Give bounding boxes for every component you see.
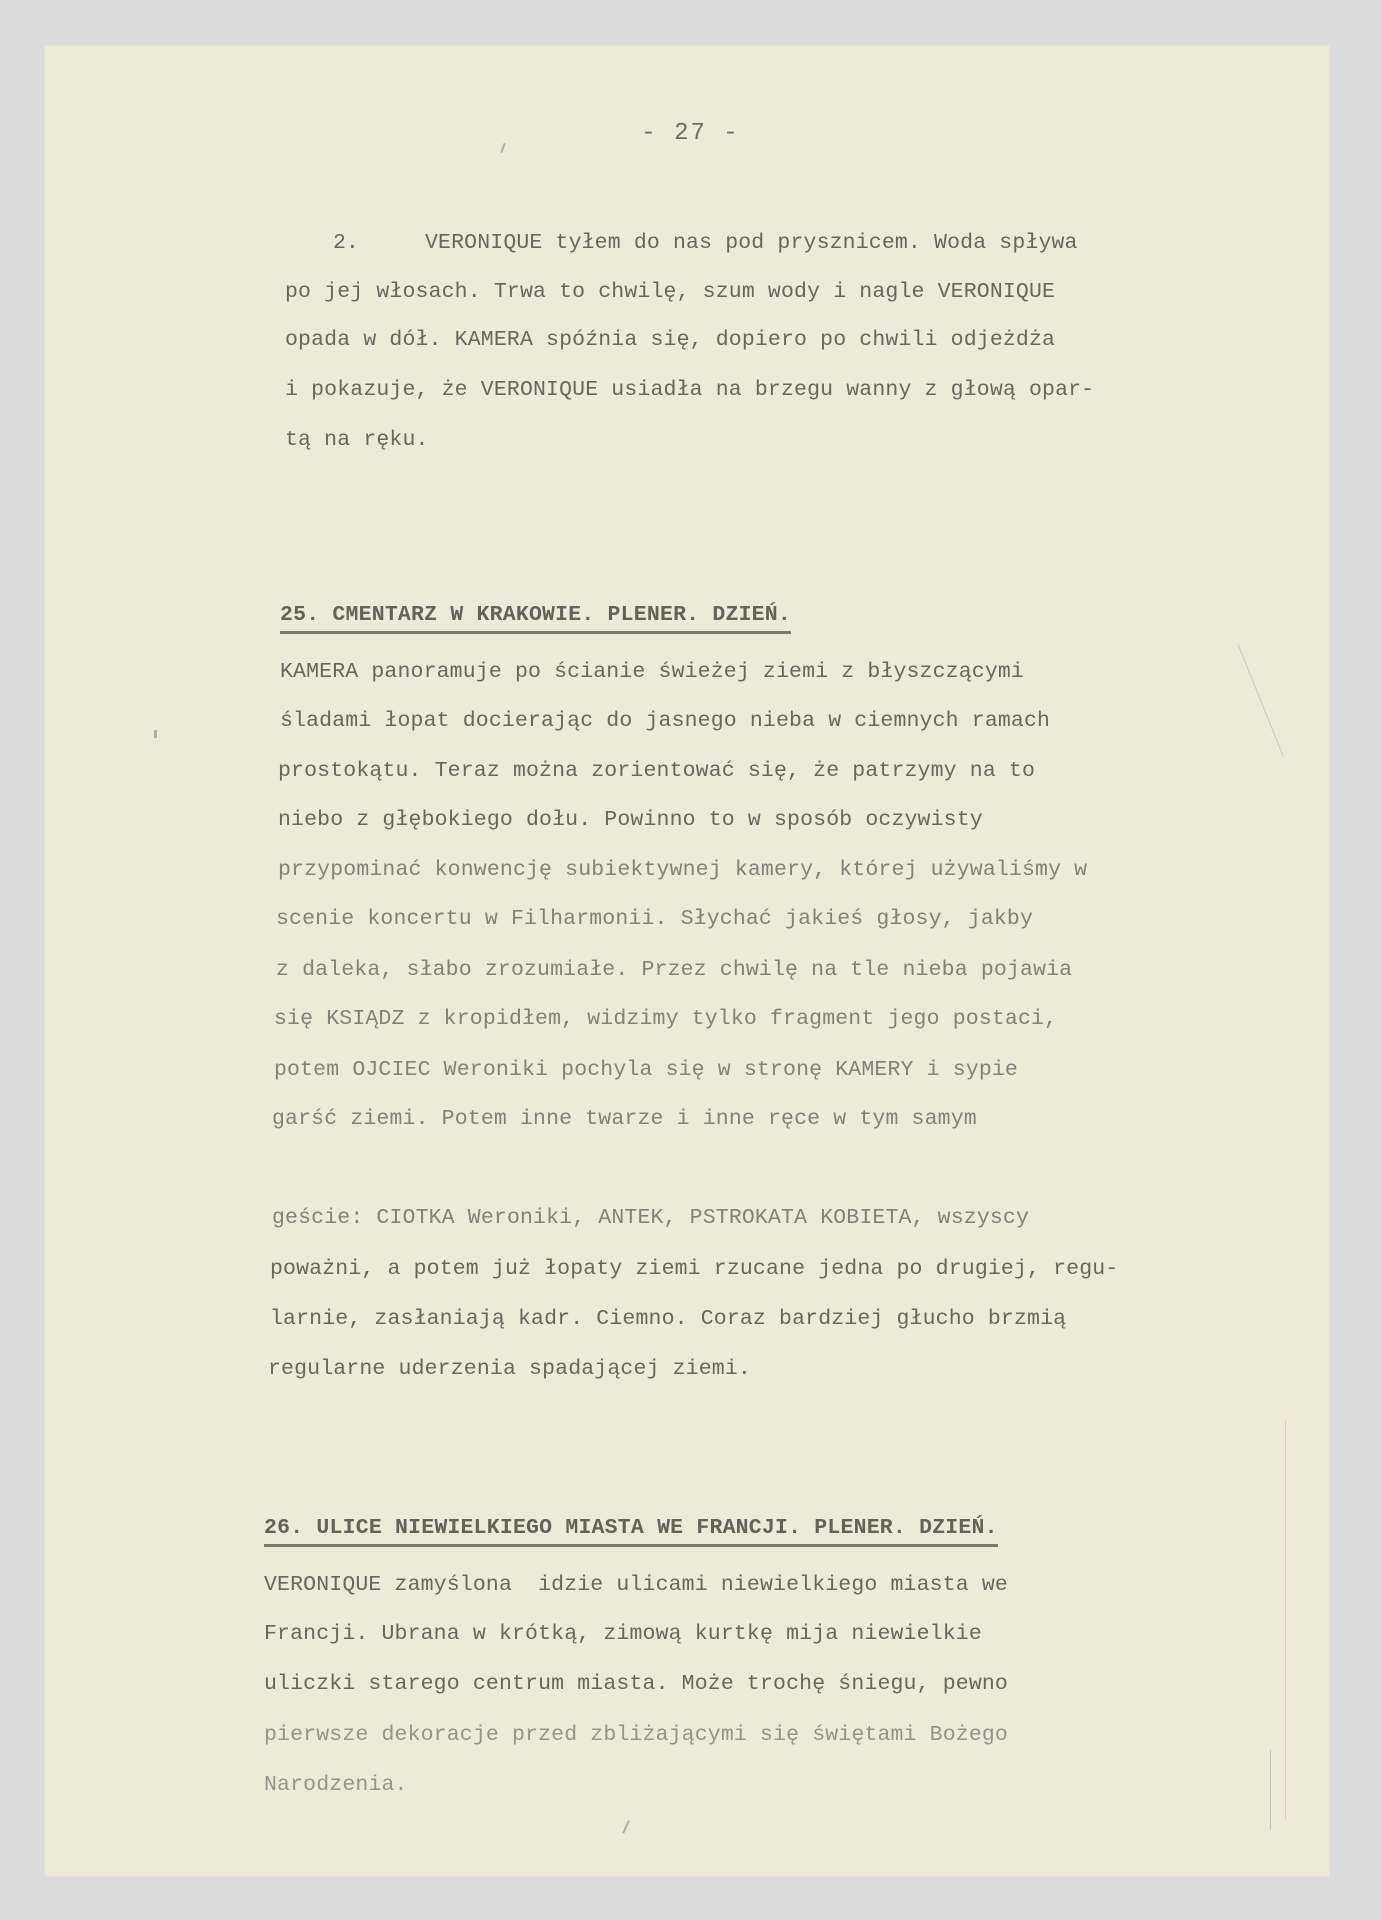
paragraph-line: potem OJCIEC Weroniki pochyla się w stro… — [274, 1057, 1018, 1083]
paragraph-line: tą na ręku. — [285, 427, 429, 453]
paragraph-line: garść ziemi. Potem inne twarze i inne rę… — [272, 1106, 977, 1132]
paragraph-line: śladami łopat docierając do jasnego nieb… — [280, 708, 1050, 734]
paragraph-line: uliczki starego centrum miasta. Może tro… — [264, 1671, 1008, 1697]
scene-heading: 25. CMENTARZ W KRAKOWIE. PLENER. DZIEŃ. — [280, 602, 791, 634]
paragraph-line: po jej włosach. Trwa to chwilę, szum wod… — [285, 279, 1055, 305]
paragraph-line: poważni, a potem już łopaty ziemi rzucan… — [270, 1256, 1118, 1282]
paragraph-line: regularne uderzenia spadającej ziemi. — [268, 1356, 751, 1382]
paragraph-line: pierwsze dekoracje przed zbliżającymi si… — [264, 1722, 1008, 1748]
paragraph-line: się KSIĄDZ z kropidłem, widzimy tylko fr… — [274, 1006, 1057, 1032]
paragraph-line: prostokątu. Teraz można zorientować się,… — [278, 758, 1035, 784]
paragraph-line: i pokazuje, że VERONIQUE usiadła na brze… — [285, 377, 1094, 403]
paragraph-line: scenie koncertu w Filharmonii. Słychać j… — [276, 906, 1033, 932]
paragraph-line: opada w dół. KAMERA spóźnia się, dopiero… — [285, 327, 1055, 353]
stray-mark — [1270, 1750, 1271, 1830]
scene-heading: 26. ULICE NIEWIELKIEGO MIASTA WE FRANCJI… — [264, 1515, 998, 1547]
shot-number: 2. — [333, 230, 359, 256]
page-number: - 27 - — [0, 120, 1381, 147]
paragraph-line: VERONIQUE zamyślona idzie ulicami niewie… — [264, 1572, 1008, 1598]
paragraph-line: Francji. Ubrana w krótką, zimową kurtkę … — [264, 1621, 982, 1647]
paragraph-line: geście: CIOTKA Weroniki, ANTEK, PSTROKAT… — [272, 1205, 1029, 1231]
paragraph-line: niebo z głębokiego dołu. Powinno to w sp… — [278, 807, 983, 833]
paragraph-line: VERONIQUE tyłem do nas pod prysznicem. W… — [425, 230, 1078, 256]
stray-mark — [1285, 1420, 1286, 1820]
paragraph-line: KAMERA panoramuje po ścianie świeżej zie… — [280, 659, 1024, 685]
paragraph-line: Narodzenia. — [264, 1772, 408, 1798]
stray-mark — [154, 730, 157, 738]
paragraph-line: z daleka, słabo zrozumiałe. Przez chwilę… — [276, 957, 1072, 983]
paragraph-line: larnie, zasłaniają kadr. Ciemno. Coraz b… — [270, 1306, 1066, 1332]
paragraph-line: przypominać konwencję subiektywnej kamer… — [278, 857, 1087, 883]
